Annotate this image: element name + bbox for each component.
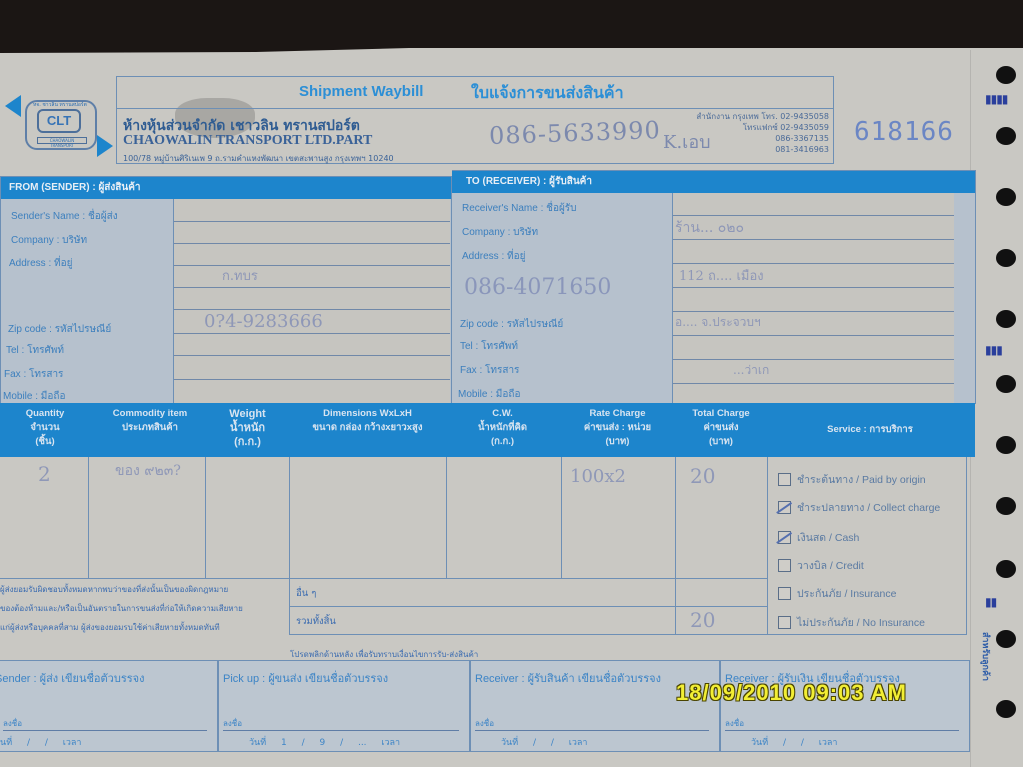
serial-number: 618166 (854, 117, 954, 147)
handwritten-phone: 086-5633990 (489, 116, 662, 150)
tractor-hole-icon (996, 560, 1016, 578)
tractor-hole-icon (996, 188, 1016, 206)
tractor-hole-icon (996, 127, 1016, 145)
receiver-company-label: Company : บริษัท (462, 225, 538, 240)
option-no-insurance[interactable]: ไม่ประกันภัย / No Insurance (778, 614, 925, 631)
contact-line: สำนักงาน กรุงเทพ โทร. 02-9435058 (696, 111, 829, 122)
signature-payment-receiver[interactable]: Receiver : ผู้รับเงิน เขียนชื่อตัวบรรจง … (720, 660, 970, 752)
receiver-tel-label: Tel : โทรศัพท์ (460, 339, 518, 354)
option-cash[interactable]: เงินสด / Cash (778, 529, 859, 546)
contact-line: โทรแฟกซ์ 02-9435059 (696, 122, 829, 133)
company-logo: หจ. ชาวลิน ทรานสปอร์ต CLT CHAOWALIN TRAN… (5, 95, 113, 157)
commodity-value: ของ ๙๒๓? (115, 460, 181, 482)
sender-phone-value: 0?4-9283666 (204, 311, 323, 332)
document-title-en: Shipment Waybill (299, 83, 423, 100)
contact-line: 081-3416963 (696, 144, 829, 155)
tractor-hole-icon (996, 630, 1016, 648)
tractor-hole-icon (996, 700, 1016, 718)
photo-timestamp: 18/09/2010 09:03 AM (676, 680, 907, 706)
receiver-section: TO (RECEIVER) : ผู้รับสินค้า Receiver's … (452, 170, 976, 404)
sender-zip-label: Zip code : รหัสไปรษณีย์ (8, 322, 111, 337)
receiver-name-label: Receiver's Name : ชื่อผู้รับ (462, 201, 577, 216)
sender-address-label: Address : ที่อยู่ (9, 256, 72, 271)
signature-receiver[interactable]: Receiver : ผู้รับสินค้า เขียนชื่อตัวบรรจ… (470, 660, 720, 752)
tractor-hole-icon (996, 375, 1016, 393)
option-credit[interactable]: วางบิล / Credit (778, 557, 864, 574)
items-table-header: Quantityจำนวน(ชิ้น) Commodity itemประเภท… (0, 403, 975, 457)
checkbox[interactable] (778, 559, 791, 572)
quantity-value: 2 (38, 462, 51, 486)
tractor-hole-icon (996, 436, 1016, 454)
sender-header: FROM (SENDER) : ผู้ส่งสินค้า (1, 177, 451, 199)
checkbox[interactable] (778, 473, 791, 486)
sender-name-label: Sender's Name : ชื่อผู้ส่ง (11, 209, 118, 224)
checkbox-checked[interactable] (778, 501, 791, 514)
other-charges-label: อื่น ๆ (296, 586, 316, 601)
checkbox[interactable] (778, 587, 791, 600)
total-value: 20 (690, 464, 715, 488)
col-quantity: Quantityจำนวน(ชิ้น) (10, 407, 80, 449)
document-title-th: ใบแจ้งการขนส่งสินค้า (471, 81, 624, 106)
col-dimensions: Dimensions WxLxHขนาด กล่อง กว้างxยาวxสูง (290, 407, 445, 435)
sender-fields[interactable]: ก.ทบร 0?4-9283666 (173, 199, 450, 403)
option-collect-charge[interactable]: ชำระปลายทาง / Collect charge (778, 499, 940, 516)
receiver-zip-label: Zip code : รหัสไปรษณีย์ (460, 317, 563, 332)
col-service: Service : การบริการ (770, 423, 970, 437)
tractor-hole-icon (996, 66, 1016, 84)
contact-line: 086-3367135 (696, 133, 829, 144)
rate-value: 100x2 (570, 466, 626, 487)
company-name-en: CHAOWALIN TRANSPORT LTD.PART (123, 133, 372, 149)
logo-bottom-caption: CHAOWALIN TRANSPORT (37, 137, 87, 144)
tractor-hole-icon (996, 310, 1016, 328)
receiver-address-value: 112 ถ.... เมือง (679, 265, 764, 286)
checkbox[interactable] (778, 616, 791, 629)
sender-fax-label: Fax : โทรสาร (4, 367, 63, 382)
sender-company-label: Company : บริษัท (11, 233, 87, 248)
service-options: ชำระต้นทาง / Paid by origin ชำระปลายทาง … (767, 457, 967, 635)
sender-address-value: ก.ทบร (222, 265, 258, 286)
receiver-fields[interactable]: ร้าน... ๐๒๐ 112 ถ.... เมือง อ.... จ.ประจ… (672, 193, 954, 403)
company-contacts: สำนักงาน กรุงเทพ โทร. 02-9435058 โทรแฟกซ… (696, 111, 829, 155)
col-rate: Rate Chargeค่าขนส่ง : หน่วย(บาท) (560, 407, 675, 449)
arrow-left-icon (5, 95, 21, 117)
tractor-hole-icon (996, 249, 1016, 267)
arrow-right-icon (97, 135, 113, 157)
sender-section: FROM (SENDER) : ผู้ส่งสินค้า Sender's Na… (0, 176, 452, 404)
col-cw: C.W.น้ำหนักที่คิด(ก.ก.) (445, 407, 560, 449)
sender-mobile-label: Mobile : มือถือ (3, 389, 65, 404)
logo-text: CLT (37, 109, 81, 133)
copy-label: สำหรับลูกค้า (978, 632, 992, 681)
terms-text: ผู้ส่งยอมรับผิดชอบทั้งหมดหากพบว่าของที่ส… (0, 580, 290, 637)
col-weight: Weightน้ำหนัก(ก.ก.) (210, 407, 285, 449)
company-address: 100/78 หมู่บ้านศิริเนเพ 9 ถ.รามคำแหงพัฒน… (123, 152, 394, 165)
signature-sender[interactable]: Sender : ผู้ส่ง เขียนชื่อตัวบรรจง ลงชื่อ… (0, 660, 218, 752)
receiver-header: TO (RECEIVER) : ผู้รับสินค้า (452, 171, 975, 193)
receiver-address-label: Address : ที่อยู่ (462, 249, 525, 264)
col-commodity: Commodity itemประเภทสินค้า (95, 407, 205, 435)
receiver-company-value: ร้าน... ๐๒๐ (675, 217, 744, 239)
tractor-hole-icon (996, 497, 1016, 515)
registration-mark-icon: ▮▮ (985, 595, 996, 609)
registration-mark-icon: ▮▮▮ (985, 343, 1002, 357)
checkbox-checked[interactable] (778, 531, 791, 544)
header-box: Shipment Waybill ใบแจ้งการขนส่งสินค้า ห้… (116, 76, 834, 164)
receiver-fax-label: Fax : โทรสาร (460, 363, 519, 378)
receiver-address-line3: ...ว่าเก (733, 361, 769, 380)
col-total: Total Chargeค่าขนส่ง(บาท) (675, 407, 767, 449)
option-insurance[interactable]: ประกันภัย / Insurance (778, 585, 896, 602)
grand-total-label: รวมทั้งสิ้น (296, 614, 336, 629)
signature-pickup[interactable]: Pick up : ผู้ขนส่ง เขียนชื่อตัวบรรจง ลงช… (218, 660, 470, 752)
receiver-address-line2: อ.... จ.ประจวบฯ (675, 313, 761, 332)
sender-tel-label: Tel : โทรศัพท์ (6, 343, 64, 358)
option-paid-by-origin[interactable]: ชำระต้นทาง / Paid by origin (778, 471, 926, 488)
grand-total-value: 20 (690, 608, 715, 632)
receiver-handwritten-phone: 086-4071650 (464, 275, 611, 300)
logo-top-caption: หจ. ชาวลิน ทรานสปอร์ต (33, 101, 87, 109)
receiver-mobile-label: Mobile : มือถือ (458, 387, 520, 402)
registration-mark-icon: ▮▮▮▮ (985, 92, 1007, 106)
